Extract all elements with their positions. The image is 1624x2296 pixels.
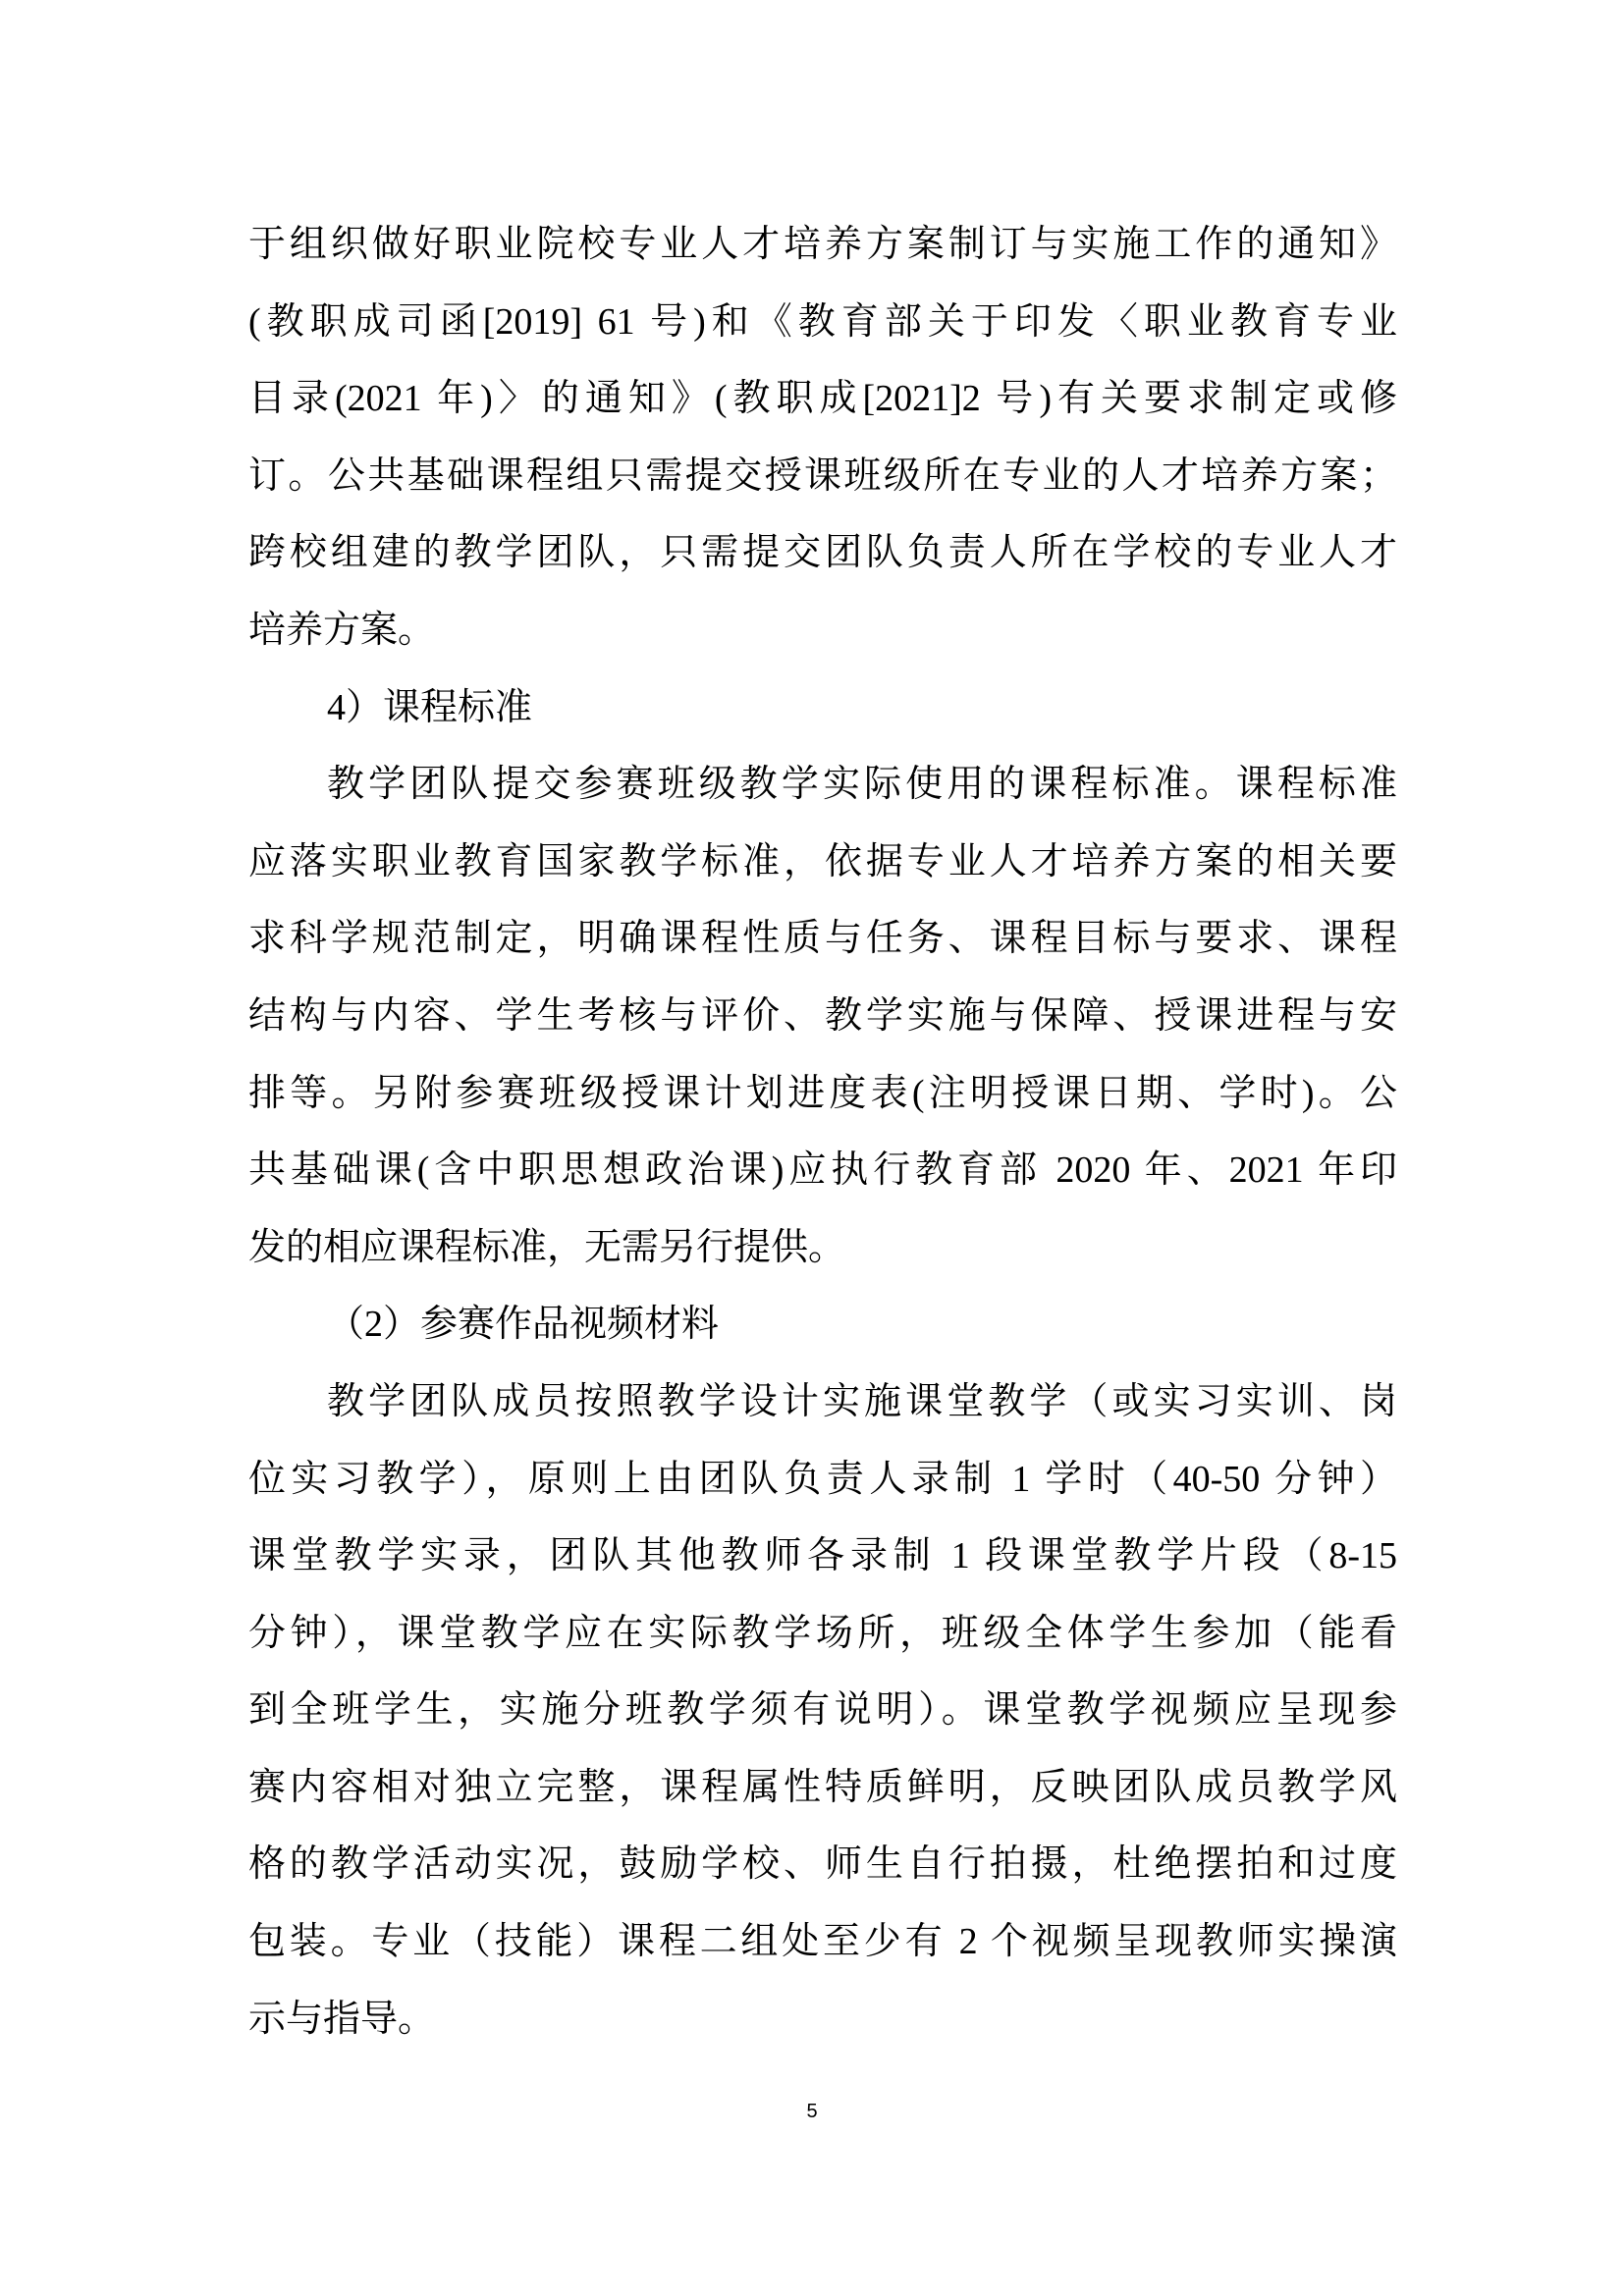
text-line: 格的教学活动实况，鼓励学校、师生自行拍摄，杜绝摆拍和过度 xyxy=(248,1826,1397,1903)
page-number: 5 xyxy=(785,2101,839,2123)
text-line: 课堂教学实录，团队其他教师各录制 1 段课堂教学片段（8-15 xyxy=(248,1518,1397,1595)
text-line: 分钟），课堂教学应在实际教学场所，班级全体学生参加（能看 xyxy=(248,1595,1397,1673)
text-line: 赛内容相对独立完整，课程属性特质鲜明，反映团队成员教学风 xyxy=(248,1749,1397,1827)
text-line: 发的相应课程标准，无需另行提供。 xyxy=(248,1209,1397,1287)
text-line: 包装。专业（技能）课程二组处至少有 2 个视频呈现教师实操演 xyxy=(248,1903,1397,1981)
text-line: 目录(2021 年)〉的通知》(教职成[2021]2 号)有关要求制定或修 xyxy=(248,360,1397,438)
document-page: 于组织做好职业院校专业人才培养方案制订与实施工作的通知》 (教职成司函[2019… xyxy=(0,0,1624,2296)
text-line: 应落实职业教育国家教学标准，依据专业人才培养方案的相关要 xyxy=(248,824,1397,901)
text-line: 到全班学生，实施分班教学须有说明）。课堂教学视频应呈现参 xyxy=(248,1672,1397,1749)
text-line: 示与指导。 xyxy=(248,1981,1397,2058)
text-line: 排等。另附参赛班级授课计划进度表(注明授课日期、学时)。公 xyxy=(248,1055,1397,1133)
text-line: 共基础课(含中职思想政治课)应执行教育部 2020 年、2021 年印 xyxy=(248,1132,1397,1209)
text-line: 求科学规范制定，明确课程性质与任务、课程目标与要求、课程 xyxy=(248,900,1397,978)
text-line: 教学团队提交参赛班级教学实际使用的课程标准。课程标准 xyxy=(248,746,1397,824)
text-line: 位实习教学），原则上由团队负责人录制 1 学时（40-50 分钟） xyxy=(248,1441,1397,1519)
text-line: 跨校组建的教学团队，只需提交团队负责人所在学校的专业人才 xyxy=(248,514,1397,592)
text-line: (教职成司函[2019] 61 号)和《教育部关于印发〈职业教育专业 xyxy=(248,284,1397,361)
text-line: 培养方案。 xyxy=(248,592,1397,669)
text-line: 教学团队成员按照教学设计实施课堂教学（或实习实训、岗 xyxy=(248,1363,1397,1441)
section-heading-video-materials: （2）参赛作品视频材料 xyxy=(248,1286,1397,1363)
text-line: 于组织做好职业院校专业人才培养方案制订与实施工作的通知》 xyxy=(248,206,1397,284)
body-text: 于组织做好职业院校专业人才培养方案制订与实施工作的通知》 (教职成司函[2019… xyxy=(248,206,1397,2057)
text-line: 结构与内容、学生考核与评价、教学实施与保障、授课进程与安 xyxy=(248,978,1397,1055)
text-line: 订。公共基础课程组只需提交授课班级所在专业的人才培养方案； xyxy=(248,438,1397,515)
section-heading-course-standard: 4）课程标准 xyxy=(248,669,1397,747)
